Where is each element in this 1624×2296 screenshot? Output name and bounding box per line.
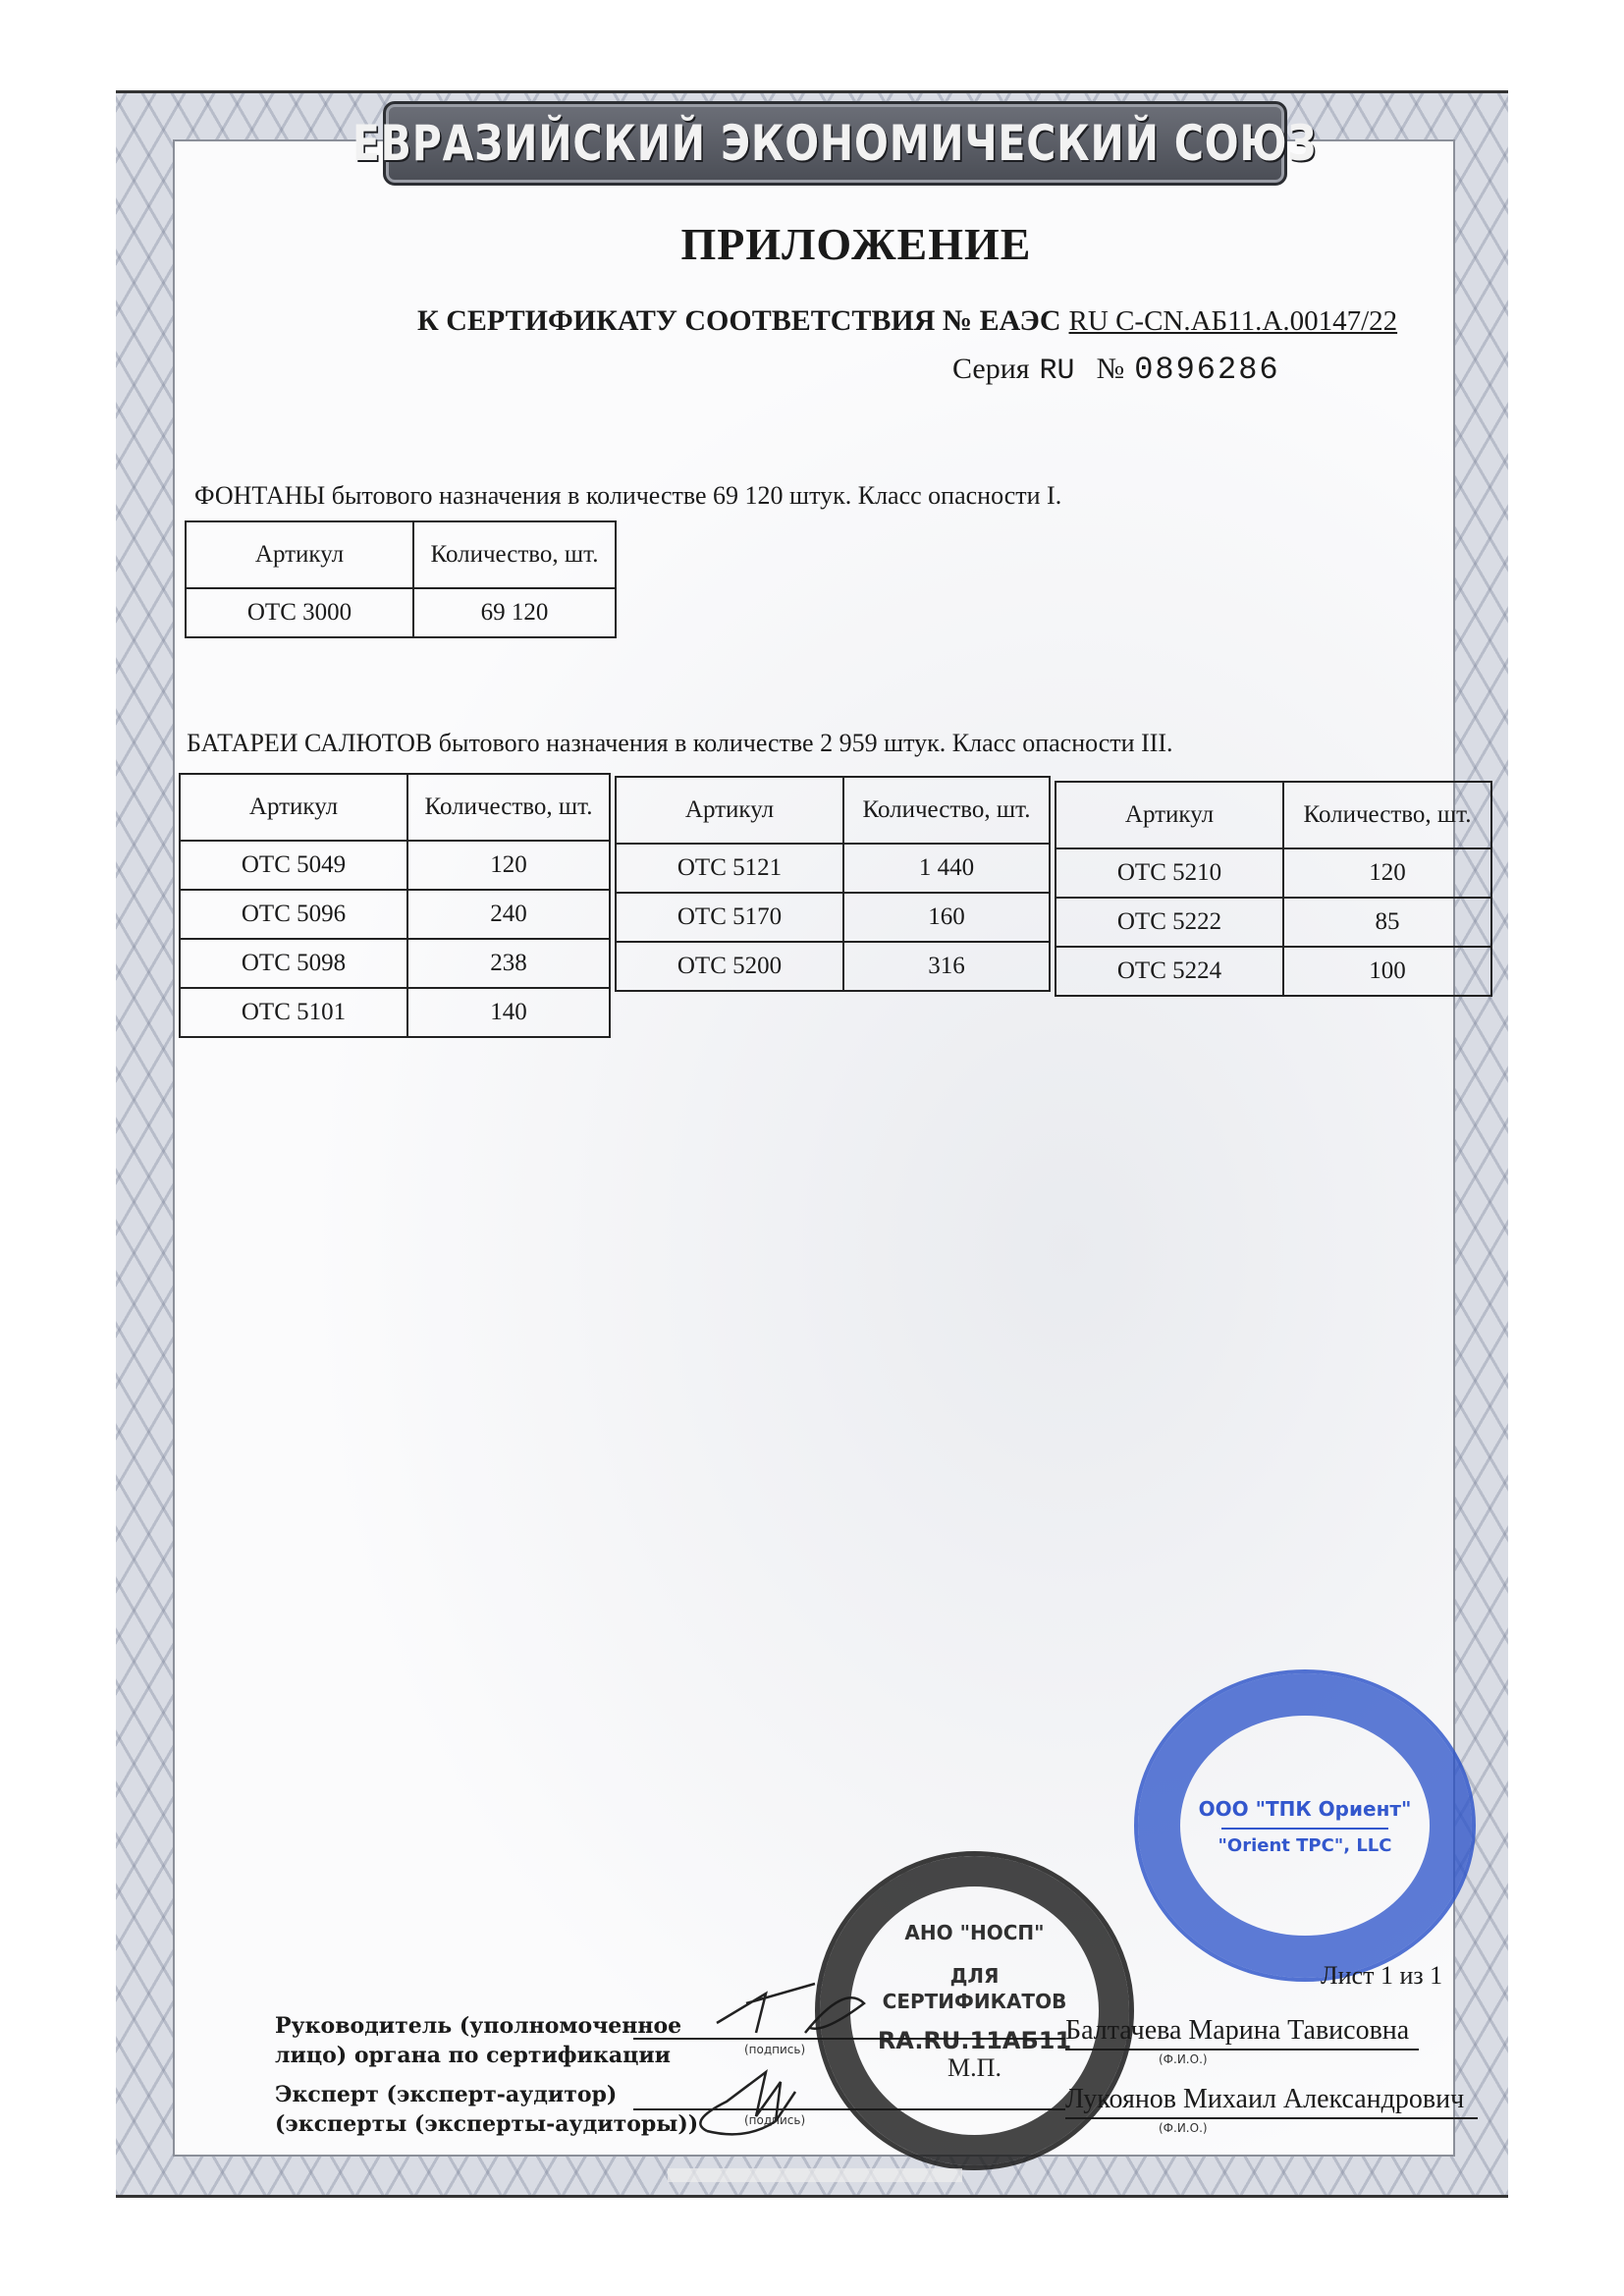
batteries-table-1: Артикул Количество, шт. ОТС 5049120 ОТС … [179, 773, 611, 1038]
qty-cell: 140 [407, 988, 610, 1037]
qty-cell: 100 [1283, 947, 1491, 996]
qty-cell: 316 [843, 942, 1050, 991]
column-header: Количество, шт. [843, 777, 1050, 844]
table-row: ОТС 5096240 [180, 890, 610, 939]
article-cell: ОТС 5049 [180, 841, 407, 890]
expert-name-line [1065, 2117, 1478, 2119]
stamp-divider [1221, 1828, 1388, 1830]
table-row: ОТС 3000 69 120 [186, 588, 616, 637]
expert-name: Лукоянов Михаил Александрович [1065, 2084, 1464, 2115]
qty-cell: 160 [843, 893, 1050, 942]
series-value: RU [1040, 355, 1075, 388]
table-row: ОТС 522285 [1056, 898, 1491, 947]
qty-cell: 120 [1283, 848, 1491, 898]
qty-cell: 1 440 [843, 844, 1050, 893]
table-row: ОТС 5200316 [616, 942, 1050, 991]
qty-cell: 238 [407, 939, 610, 988]
qty-cell: 120 [407, 841, 610, 890]
article-cell: ОТС 5121 [616, 844, 843, 893]
head-label-line1: Руководитель (уполномоченное [275, 2011, 681, 2041]
expert-label-line2: (эксперты (эксперты-аудиторы)) [275, 2109, 698, 2139]
table-row: ОТС 5049120 [180, 841, 610, 890]
name-caption: (Ф.И.О.) [1159, 2121, 1208, 2135]
column-header: Количество, шт. [407, 774, 610, 841]
stamp-center-1: ДЛЯ [950, 1963, 1000, 1989]
article-cell: ОТС 5222 [1056, 898, 1283, 947]
column-header: Количество, шт. [413, 521, 616, 588]
article-cell: ОТС 5170 [616, 893, 843, 942]
series-line: СерияRU№0896286 [952, 352, 1280, 388]
company-name-en: "Orient TPC", LLC [1218, 1835, 1392, 1856]
table-row: ОТС 5098238 [180, 939, 610, 988]
number-label: № [1097, 353, 1125, 385]
certificate-number: RU C-CN.АБ11.А.00147/22 [1069, 305, 1398, 337]
table-row: ОТС 51211 440 [616, 844, 1050, 893]
seal-caption: М.П. [947, 2053, 1001, 2083]
table-row: ОТС 5170160 [616, 893, 1050, 942]
table-row: ОТС 5101140 [180, 988, 610, 1037]
company-stamp: ООО "ТПК Ориент" "Orient TPC", LLC [1134, 1669, 1476, 1982]
article-cell: ОТС 5200 [616, 942, 843, 991]
head-label: Руководитель (уполномоченное лицо) орган… [275, 2011, 681, 2070]
head-label-line2: лицо) органа по сертификации [275, 2041, 681, 2070]
number-value: 0896286 [1134, 352, 1279, 388]
stamp-org: АНО "НОСП" [904, 1920, 1044, 1945]
article-cell: ОТС 5096 [180, 890, 407, 939]
article-cell: ОТС 3000 [186, 588, 413, 637]
article-cell: ОТС 5210 [1056, 848, 1283, 898]
column-header: Артикул [616, 777, 843, 844]
article-cell: ОТС 5101 [180, 988, 407, 1037]
sheet-number: Лист 1 из 1 [1321, 1961, 1442, 1991]
certificate-label: К СЕРТИФИКАТУ СООТВЕТСТВИЯ № ЕАЭС [417, 304, 1061, 337]
union-banner: ЕВРАЗИЙСКИЙ ЭКОНОМИЧЕСКИЙ СОЮЗ [383, 101, 1287, 186]
series-label: Серия [952, 353, 1030, 385]
table-row: ОТС 5224100 [1056, 947, 1491, 996]
certificate-reference: К СЕРТИФИКАТУ СООТВЕТСТВИЯ № ЕАЭСRU C-CN… [417, 304, 1397, 338]
batteries-heading: БАТАРЕИ САЛЮТОВ бытового назначения в ко… [187, 729, 1173, 758]
batteries-table-2: Артикул Количество, шт. ОТС 51211 440 ОТ… [615, 776, 1051, 992]
column-header: Количество, шт. [1283, 782, 1491, 848]
company-name-ru: ООО "ТПК Ориент" [1199, 1796, 1412, 1822]
column-header: Артикул [1056, 782, 1283, 848]
fountains-table: Артикул Количество, шт. ОТС 3000 69 120 [185, 520, 617, 638]
column-header: Артикул [186, 521, 413, 588]
batteries-table-3: Артикул Количество, шт. ОТС 5210120 ОТС … [1055, 781, 1492, 997]
page-title: ПРИЛОЖЕНИЕ [44, 218, 1624, 270]
print-footer [668, 2168, 962, 2182]
name-caption: (Ф.И.О.) [1159, 2052, 1208, 2066]
article-cell: ОТС 5098 [180, 939, 407, 988]
table-row: ОТС 5210120 [1056, 848, 1491, 898]
banner-text: ЕВРАЗИЙСКИЙ ЭКОНОМИЧЕСКИЙ СОЮЗ [352, 115, 1317, 172]
fountains-heading: ФОНТАНЫ бытового назначения в количестве… [194, 481, 1061, 511]
certification-body-stamp: АНО "НОСП" ДЛЯ СЕРТИФИКАТОВ RA.RU.11АБ11… [815, 1851, 1134, 2170]
qty-cell: 85 [1283, 898, 1491, 947]
qty-cell: 69 120 [413, 588, 616, 637]
signature-caption: (подпись) [744, 2043, 805, 2056]
expert-label-line1: Эксперт (эксперт-аудитор) [275, 2080, 698, 2109]
expert-signature [687, 2062, 835, 2141]
article-cell: ОТС 5224 [1056, 947, 1283, 996]
qty-cell: 240 [407, 890, 610, 939]
stamp-code: RA.RU.11АБ11 [878, 2028, 1071, 2053]
column-header: Артикул [180, 774, 407, 841]
stamp-center-2: СЕРТИФИКАТОВ [883, 1989, 1067, 2014]
